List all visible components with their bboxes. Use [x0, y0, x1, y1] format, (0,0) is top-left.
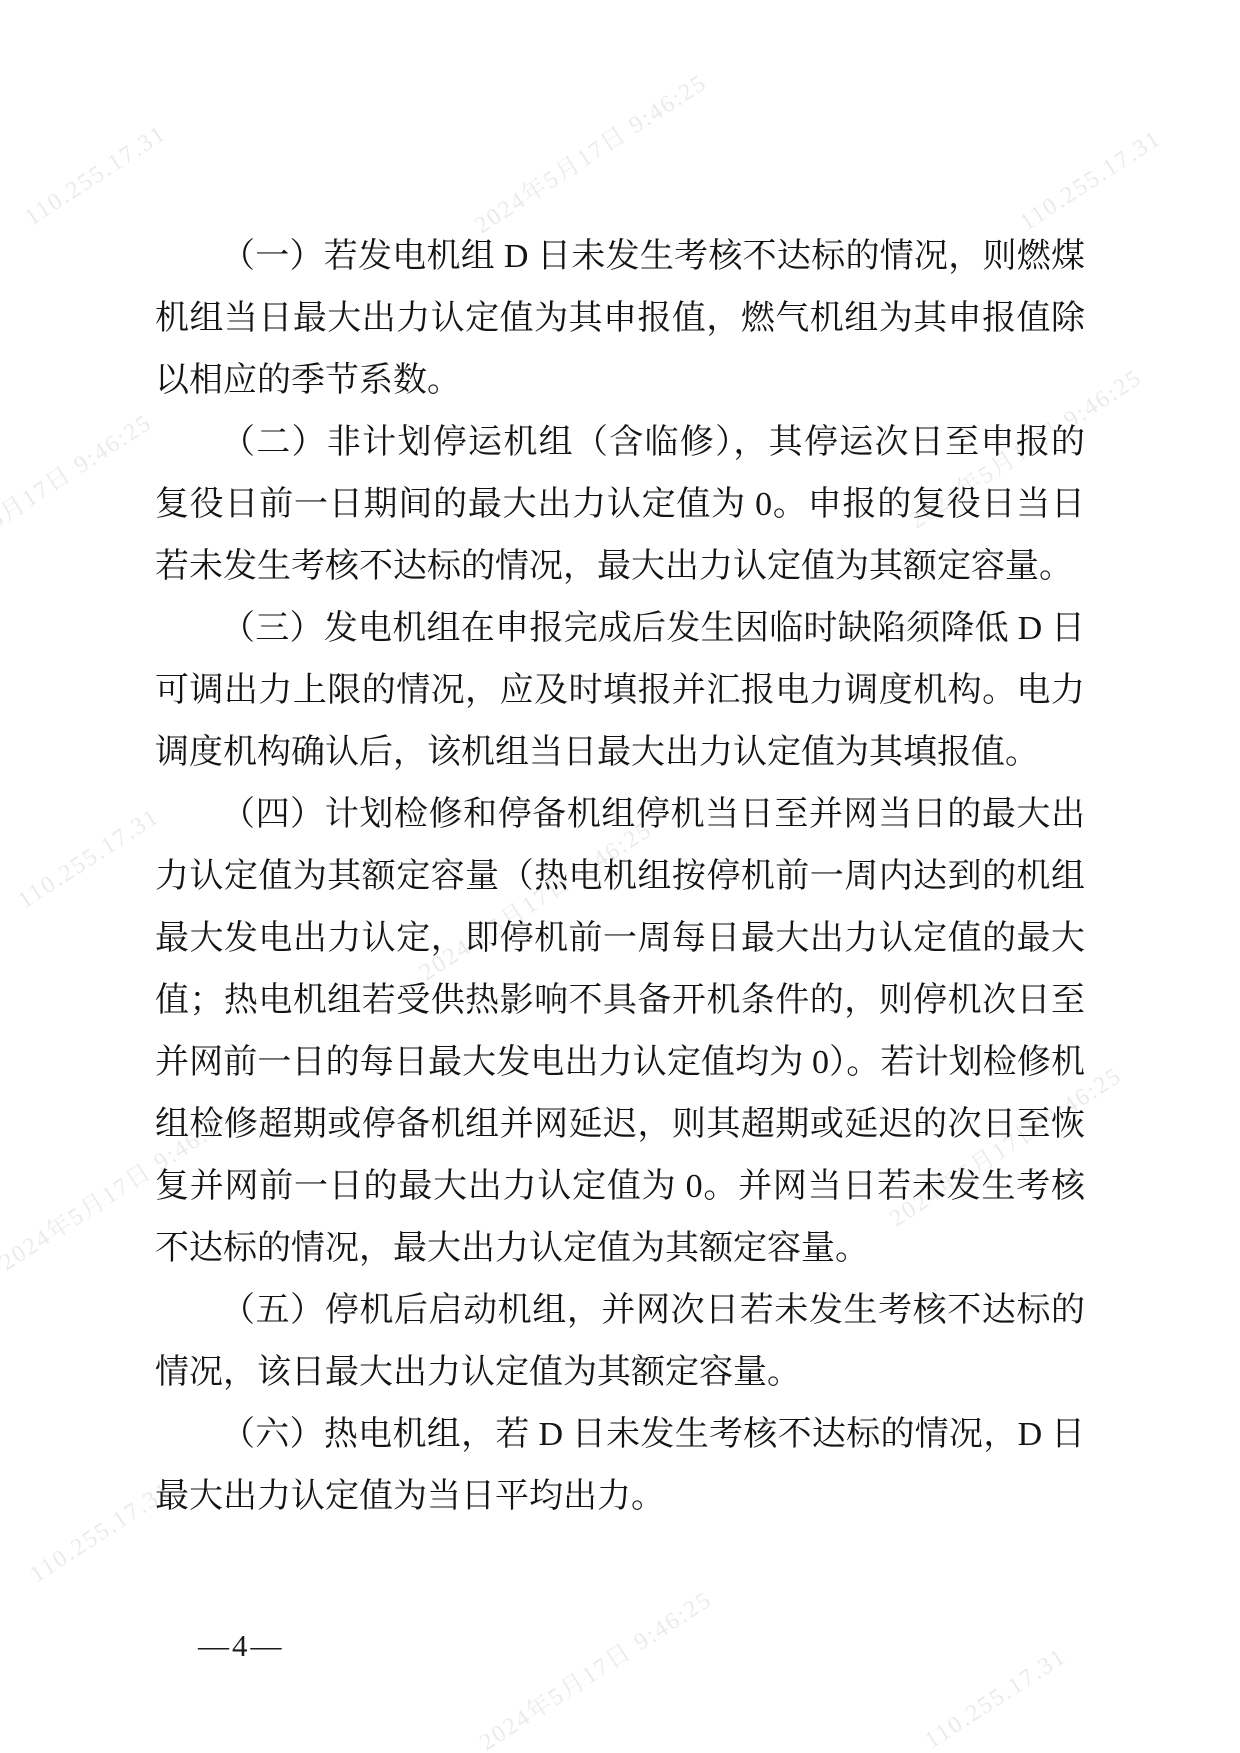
watermark-text: 110.255.17.31: [13, 804, 165, 915]
document-body: （一）若发电机组 D 日未发生考核不达标的情况，则燃煤机组当日最大出力认定值为其…: [155, 226, 1085, 1528]
watermark-text: 110.255.17.31: [1015, 126, 1167, 237]
paragraph-clause-1: （一）若发电机组 D 日未发生考核不达标的情况，则燃煤机组当日最大出力认定值为其…: [155, 226, 1085, 412]
watermark-text: 110.255.17.31: [20, 121, 172, 232]
watermark-text: 2024年5月17日 9:46:25: [471, 1580, 718, 1753]
paragraph-clause-4: （四）计划检修和停备机组停机当日至并网当日的最大出力认定值为其额定容量（热电机组…: [155, 784, 1085, 1280]
page-number: —4—: [198, 1628, 285, 1664]
watermark-text: 2024年5月17日 9:46:25: [466, 63, 713, 240]
document-page: 110.255.17.31 2024年5月17日 9:46:25 110.255…: [0, 0, 1240, 1753]
watermark-text: 2024年5月17日 9:46:25: [0, 403, 158, 580]
paragraph-clause-6: （六）热电机组，若 D 日未发生考核不达标的情况，D 日最大出力认定值为当日平均…: [155, 1404, 1085, 1528]
paragraph-clause-2: （二）非计划停运机组（含临修），其停运次日至申报的复役日前一日期间的最大出力认定…: [155, 412, 1085, 598]
paragraph-clause-5: （五）停机后启动机组，并网次日若未发生考核不达标的情况，该日最大出力认定值为其额…: [155, 1280, 1085, 1404]
watermark-text: 110.255.17.31: [920, 1644, 1072, 1753]
paragraph-clause-3: （三）发电机组在申报完成后发生因临时缺陷须降低 D 日可调出力上限的情况，应及时…: [155, 598, 1085, 784]
